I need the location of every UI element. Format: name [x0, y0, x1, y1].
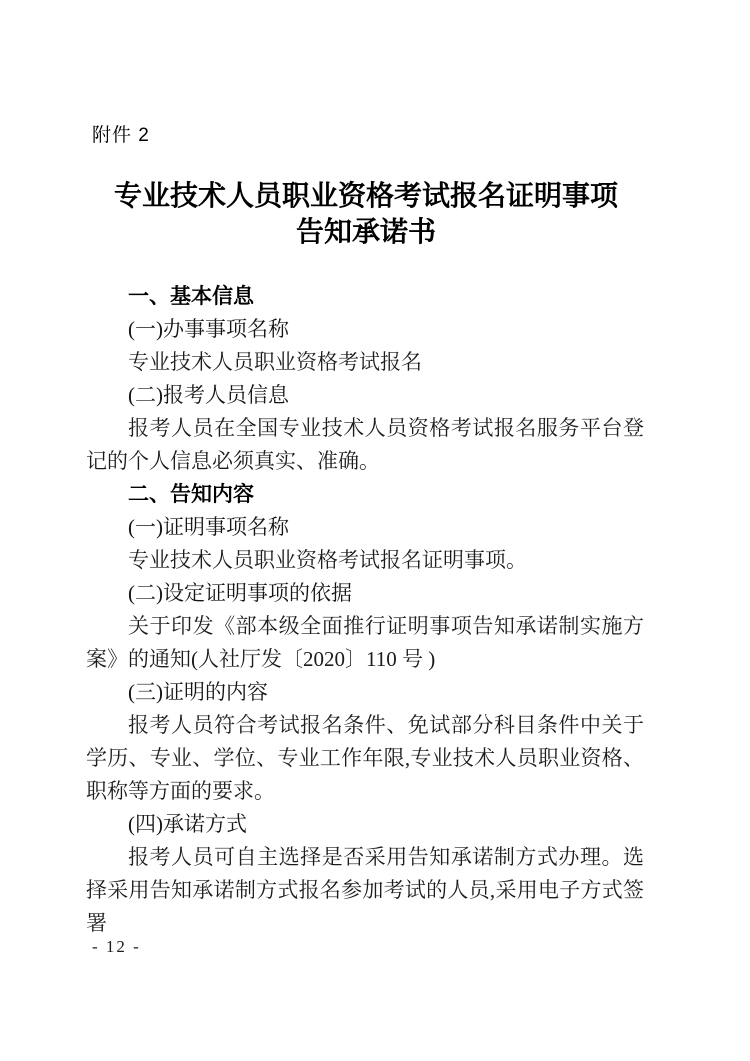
document-page: 附件 2 专业技术人员职业资格考试报名证明事项 告知承诺书 一、基本信息(一)办…	[0, 0, 750, 1061]
document-title-line-1: 专业技术人员职业资格考试报名证明事项	[86, 179, 646, 215]
subsection-heading: (三)证明的内容	[86, 676, 644, 709]
subsection-heading: (二)设定证明事项的依据	[86, 577, 644, 610]
subsection-heading: (二)报考人员信息	[86, 379, 644, 412]
section-heading: 二、告知内容	[86, 478, 644, 511]
body-paragraph: 专业技术人员职业资格考试报名证明事项。	[86, 544, 644, 577]
body-paragraph: 报考人员可自主选择是否采用告知承诺制方式办理。选择采用告知承诺制方式报名参加考试…	[86, 841, 644, 940]
subsection-heading: (一)证明事项名称	[86, 511, 644, 544]
body-paragraph: 专业技术人员职业资格考试报名	[86, 346, 644, 379]
document-title: 专业技术人员职业资格考试报名证明事项 告知承诺书	[86, 179, 646, 251]
attachment-label: 附件 2	[92, 124, 150, 148]
body-paragraph: 关于印发《部本级全面推行证明事项告知承诺制实施方案》的通知(人社厅发〔2020〕…	[86, 610, 644, 676]
page-number: - 12 -	[92, 936, 141, 958]
subsection-heading: (一)办事事项名称	[86, 313, 644, 346]
body-paragraph: 报考人员符合考试报名条件、免试部分科目条件中关于学历、专业、学位、专业工作年限,…	[86, 709, 644, 808]
subsection-heading: (四)承诺方式	[86, 808, 644, 841]
section-heading: 一、基本信息	[86, 280, 644, 313]
body-paragraph: 报考人员在全国专业技术人员资格考试报名服务平台登记的个人信息必须真实、准确。	[86, 412, 644, 478]
document-title-line-2: 告知承诺书	[86, 215, 646, 251]
document-body: 一、基本信息(一)办事事项名称专业技术人员职业资格考试报名(二)报考人员信息报考…	[86, 280, 644, 940]
